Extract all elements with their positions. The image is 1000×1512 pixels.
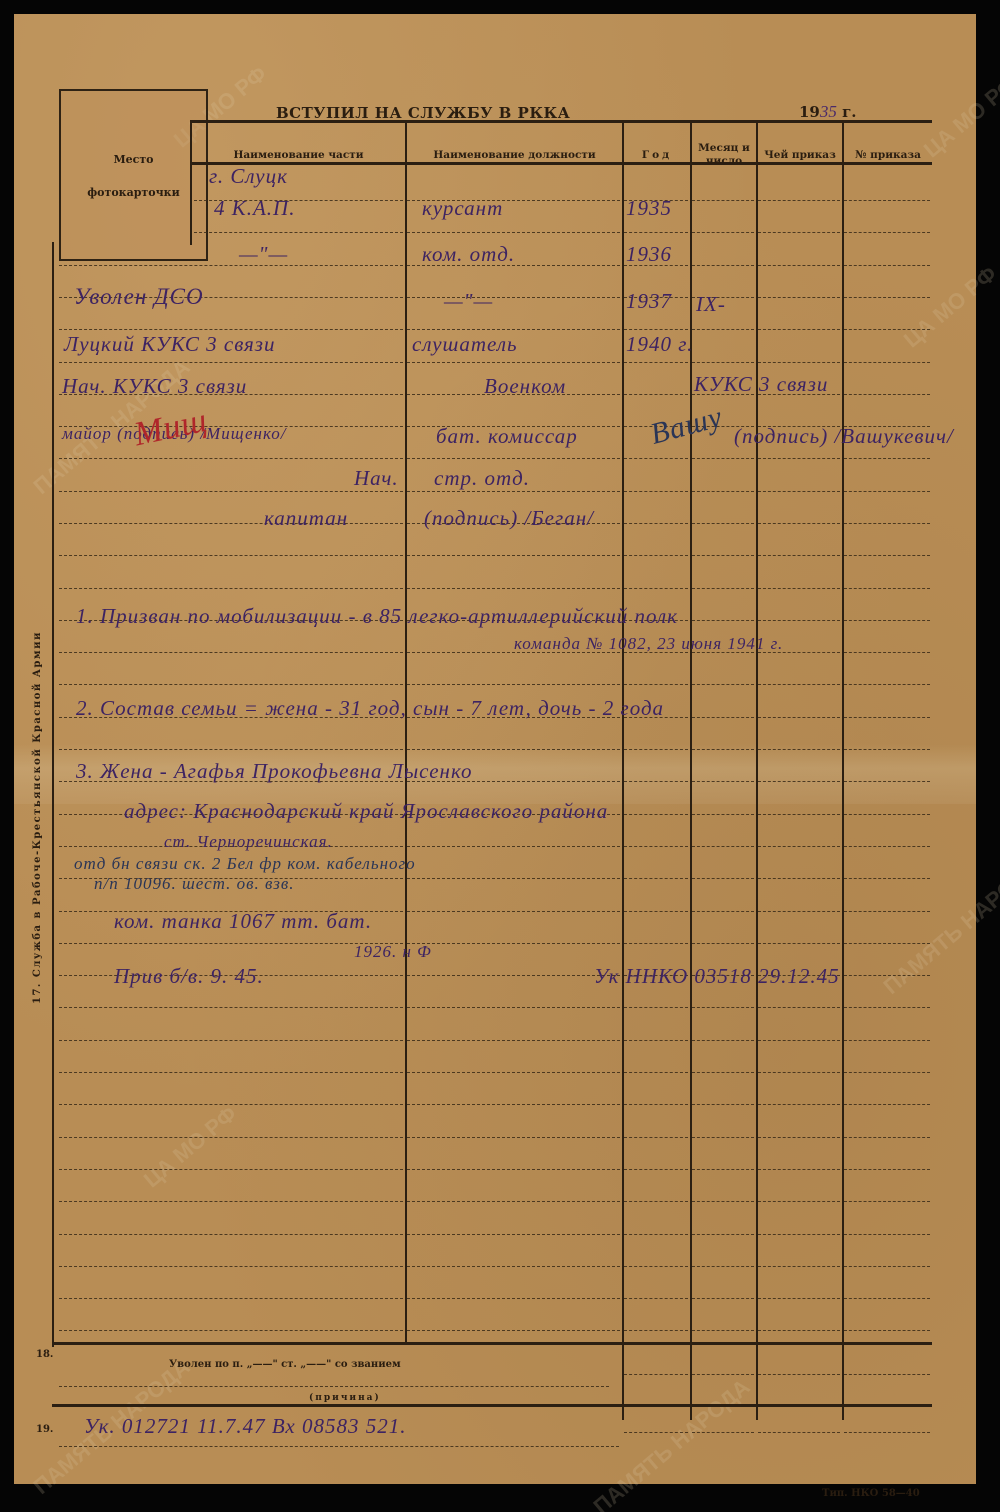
ruled-line — [844, 1201, 930, 1202]
ruled-line — [844, 200, 930, 201]
ruled-line — [407, 975, 620, 976]
entry-unit: 4 К.А.П. — [214, 196, 295, 221]
ruled-line — [624, 362, 688, 363]
ruled-line — [624, 1201, 688, 1202]
entry-position: курсант — [422, 196, 503, 221]
ruled-line — [758, 943, 840, 944]
ruled-line — [844, 717, 930, 718]
ruled-line — [692, 1234, 754, 1235]
ruled-line — [59, 588, 403, 589]
document-sheet: ЦА МО РФ ЦА МО РФ ЦА МО РФ ПАМЯТЬ НАРОДА… — [14, 14, 976, 1484]
ruled-line — [59, 1169, 403, 1170]
ruled-line — [758, 1104, 840, 1105]
ruled-line — [692, 1432, 754, 1433]
watermark: ЦА МО РФ — [139, 1101, 242, 1193]
table-top-border — [190, 120, 932, 123]
ruled-line — [844, 975, 930, 976]
ruled-line — [692, 684, 754, 685]
ruled-line — [758, 781, 840, 782]
note-line: 1926. н Ф — [354, 942, 432, 962]
ruled-line — [59, 1234, 403, 1235]
entry-position: (подпись) /Беган/ — [424, 506, 594, 531]
ruled-line — [624, 943, 688, 944]
ruled-line — [692, 232, 754, 233]
ruled-line — [844, 1072, 930, 1073]
ruled-line — [624, 1374, 688, 1375]
ruled-line — [844, 297, 930, 298]
ruled-line — [624, 1432, 688, 1433]
ruled-line — [59, 943, 403, 944]
ruled-line — [758, 846, 840, 847]
ruled-line — [758, 265, 840, 266]
ruled-line — [624, 1007, 688, 1008]
note-line: Ук ННКО 03518 29.12.45 — [594, 964, 840, 989]
ruled-line — [758, 684, 840, 685]
entry-year: 1937 — [626, 289, 672, 314]
ruled-line — [624, 1330, 688, 1331]
ruled-line — [59, 1072, 403, 1073]
ruled-line — [59, 1298, 403, 1299]
ruled-line — [59, 491, 403, 492]
ruled-line — [758, 1330, 840, 1331]
column-divider — [405, 120, 407, 1342]
section-divider — [52, 1404, 932, 1407]
ruled-line — [692, 1201, 754, 1202]
ruled-line — [407, 1330, 620, 1331]
note-line: ст. Черноречинская. — [164, 832, 333, 852]
ruled-line — [624, 1266, 688, 1267]
ruled-line — [624, 1104, 688, 1105]
watermark: ЦА МО РФ — [899, 261, 1000, 353]
entry-unit: капитан — [264, 506, 348, 531]
ruled-line — [844, 1137, 930, 1138]
ruled-line — [407, 297, 620, 298]
ruled-line — [407, 878, 620, 879]
ruled-line — [844, 878, 930, 879]
ruled-line — [59, 684, 403, 685]
ruled-line — [624, 684, 688, 685]
ruled-line — [692, 846, 754, 847]
ruled-line — [844, 911, 930, 912]
note-line: 3. Жена - Агафья Прокофьевна Лысенко — [76, 759, 472, 784]
ruled-line — [692, 458, 754, 459]
ruled-line — [624, 1298, 688, 1299]
ruled-line — [844, 1234, 930, 1235]
ruled-line — [844, 1040, 930, 1041]
ruled-line — [59, 1266, 403, 1267]
ruled-line — [624, 878, 688, 879]
ruled-line — [844, 523, 930, 524]
ruled-line — [59, 1330, 403, 1331]
ruled-line — [407, 491, 620, 492]
entry-year: 1935 — [626, 196, 672, 221]
ruled-line — [758, 232, 840, 233]
ruled-line — [844, 1432, 930, 1433]
ruled-line — [407, 555, 620, 556]
ruled-line — [758, 911, 840, 912]
signature-red: Мищ — [131, 402, 211, 455]
year-suffix: г. — [842, 103, 856, 121]
ruled-line — [59, 265, 403, 266]
ruled-line — [59, 749, 403, 750]
note-line: ком. танка 1067 тт. бат. — [114, 909, 372, 934]
ruled-line — [624, 911, 688, 912]
entry-position: бат. комиссар — [436, 424, 578, 449]
ruled-line — [758, 555, 840, 556]
column-divider — [842, 120, 844, 1420]
ruled-line — [692, 1374, 754, 1375]
ruled-line — [692, 1298, 754, 1299]
ruled-line — [624, 749, 688, 750]
ruled-line — [692, 1137, 754, 1138]
ruled-line — [624, 588, 688, 589]
entry-unit: Нач. — [354, 466, 399, 491]
entry-year: 1936 — [626, 242, 672, 267]
reason-line — [59, 1386, 609, 1387]
ruled-line — [758, 1432, 840, 1433]
ruled-line — [407, 329, 620, 330]
ruled-line — [844, 1266, 930, 1267]
ruled-line — [59, 652, 403, 653]
ruled-line — [624, 555, 688, 556]
ruled-line — [59, 1201, 403, 1202]
column-divider — [690, 120, 692, 1420]
table-left-border — [52, 242, 54, 1347]
ruled-line — [624, 491, 688, 492]
column-divider — [756, 120, 758, 1420]
entry-unit: —"— — [239, 242, 288, 267]
entry-order-by: (подпись) /Вашукевич/ — [734, 424, 954, 449]
ruled-line — [692, 1330, 754, 1331]
note-line: адрес: Краснодарский край Ярославского р… — [124, 799, 608, 824]
note-line: 2. Состав семьи = жена - 31 год, сын - 7… — [76, 696, 664, 721]
ruled-line — [692, 814, 754, 815]
ruled-line — [844, 458, 930, 459]
ruled-line — [692, 1104, 754, 1105]
ruled-line — [758, 1234, 840, 1235]
entry-position: стр. отд. — [434, 466, 530, 491]
ruled-line — [758, 1374, 840, 1375]
ruled-line — [407, 588, 620, 589]
ruled-line — [59, 1040, 403, 1041]
ruled-line — [692, 555, 754, 556]
ruled-line — [692, 200, 754, 201]
ruled-line — [407, 1040, 620, 1041]
ruled-line — [59, 362, 403, 363]
ruled-line — [844, 329, 930, 330]
ruled-line — [194, 232, 403, 233]
entry-unit: Нач. КУКС 3 связи — [62, 374, 247, 399]
entry-position: Военком — [484, 374, 566, 399]
note-line: отд бн связи ск. 2 Бел фр ком. кабельног… — [74, 854, 416, 874]
ruled-line — [758, 1201, 840, 1202]
ruled-line — [624, 394, 688, 395]
ruled-line — [692, 362, 754, 363]
entry-unit: Уволен ДСО — [74, 284, 204, 310]
watermark: ПАМЯТЬ НАРОДА — [879, 854, 1000, 1000]
ruled-line — [624, 458, 688, 459]
row-number-19: 19. — [36, 1424, 53, 1435]
column-header-order-no: № приказа — [844, 134, 932, 176]
note-line: Прив б/в. 9. 45. — [114, 964, 264, 989]
ruled-line — [624, 1040, 688, 1041]
ruled-line — [407, 1266, 620, 1267]
ruled-line — [624, 1169, 688, 1170]
ruled-line — [59, 555, 403, 556]
ruled-line — [758, 1137, 840, 1138]
ruled-line — [844, 362, 930, 363]
photo-label-line1: Место — [61, 153, 206, 166]
ruled-line — [407, 362, 620, 363]
ruled-line — [59, 523, 403, 524]
ruled-line — [844, 491, 930, 492]
ruled-line — [692, 265, 754, 266]
dismissal-text: Уволен по п. „——" ст. „——" со званием — [169, 1359, 401, 1370]
ruled-line — [758, 1040, 840, 1041]
ruled-line — [758, 1169, 840, 1170]
ruled-line — [407, 232, 620, 233]
ruled-line — [844, 652, 930, 653]
ruled-line — [758, 200, 840, 201]
ruled-line — [407, 1137, 620, 1138]
ruled-line — [692, 878, 754, 879]
ruled-line — [624, 846, 688, 847]
ruled-line — [407, 1169, 620, 1170]
ruled-line — [624, 814, 688, 815]
ruled-line — [692, 911, 754, 912]
ruled-line — [844, 1169, 930, 1170]
ruled-line — [624, 232, 688, 233]
ruled-line — [407, 1201, 620, 1202]
ruled-line — [692, 943, 754, 944]
ruled-line — [844, 265, 930, 266]
section-divider — [52, 1342, 932, 1345]
ruled-line — [59, 1007, 403, 1008]
ruled-line — [692, 717, 754, 718]
note-line: п/п 10096. шест. ов. взв. — [94, 874, 294, 894]
ruled-line — [692, 1266, 754, 1267]
column-header-position: Наименование должности — [407, 134, 622, 176]
ruled-line — [844, 555, 930, 556]
ruled-line — [758, 362, 840, 363]
year-handwritten: 35 — [820, 102, 837, 121]
ruled-line — [624, 781, 688, 782]
ruled-line — [59, 1137, 403, 1138]
ruled-line — [59, 458, 403, 459]
ruled-line — [758, 329, 840, 330]
ruled-line — [844, 846, 930, 847]
ruled-line — [692, 523, 754, 524]
print-code: Тип. НКО 58—40 — [822, 1488, 920, 1499]
ruled-line — [624, 1234, 688, 1235]
ruled-line — [624, 1137, 688, 1138]
column-header-order-by: Чей приказ — [758, 134, 842, 176]
entry-position: ком. отд. — [422, 242, 515, 267]
ruled-line — [59, 329, 403, 330]
ruled-line — [692, 1169, 754, 1170]
ruled-line — [624, 523, 688, 524]
ruled-line — [758, 1266, 840, 1267]
note-line: команда № 1082, 23 июня 1941 г. — [514, 634, 783, 654]
ruled-line — [844, 588, 930, 589]
entry-unit: Луцкий КУКС 3 связи — [64, 332, 276, 357]
ruled-line — [758, 1072, 840, 1073]
side-label: 17. Служба в Рабоче-Крестьянской Красной… — [32, 631, 43, 1004]
photo-label-line2: фотокарточки — [61, 186, 206, 199]
ruled-line — [692, 1007, 754, 1008]
ruled-line — [758, 814, 840, 815]
ruled-line — [407, 458, 620, 459]
entry-position: слушатель — [412, 332, 518, 357]
ruled-line — [407, 749, 620, 750]
entry-position: —"— — [444, 289, 493, 314]
ruled-line — [758, 717, 840, 718]
entry-unit: г. Слуцк — [209, 164, 288, 189]
title-year: 1935 г. — [799, 102, 857, 122]
ruled-line — [844, 781, 930, 782]
ruled-line — [407, 943, 620, 944]
column-header-month-day: Месяц и число — [692, 134, 756, 176]
ruled-line — [758, 1007, 840, 1008]
row19-handwritten: Ук. 012721 11.7.47 Вх 08583 521. — [84, 1414, 406, 1439]
ruled-line — [59, 1104, 403, 1105]
ruled-line — [844, 394, 930, 395]
ruled-line — [692, 781, 754, 782]
ruled-line — [758, 458, 840, 459]
ruled-line — [758, 297, 840, 298]
column-divider — [622, 120, 624, 1420]
ruled-line — [624, 1072, 688, 1073]
ruled-line — [407, 1298, 620, 1299]
column-header-year: Год — [624, 134, 690, 176]
photo-placeholder: Место фотокарточки — [59, 89, 208, 261]
entry-year: 1940 г. — [626, 332, 693, 357]
entry-month: IX- — [696, 292, 726, 317]
ruled-line — [407, 1234, 620, 1235]
ruled-line — [844, 620, 930, 621]
ruled-line — [844, 1330, 930, 1331]
ruled-line — [758, 878, 840, 879]
watermark: ПАМЯТЬ НАРОДА — [589, 1374, 756, 1512]
row19-line — [59, 1446, 619, 1447]
ruled-line — [844, 943, 930, 944]
ruled-line — [624, 329, 688, 330]
ruled-line — [692, 749, 754, 750]
ruled-line — [692, 1072, 754, 1073]
ruled-line — [844, 232, 930, 233]
reason-caption: (причина) — [309, 1393, 381, 1403]
ruled-line — [692, 491, 754, 492]
ruled-line — [692, 620, 754, 621]
ruled-line — [844, 684, 930, 685]
ruled-line — [407, 1072, 620, 1073]
ruled-line — [692, 1040, 754, 1041]
ruled-line — [844, 1007, 930, 1008]
ruled-line — [844, 1298, 930, 1299]
note-line: 1. Призван по мобилизации - в 85 легко-а… — [76, 604, 678, 629]
signature-blue: Вашу — [647, 400, 727, 452]
ruled-line — [844, 1104, 930, 1105]
ruled-line — [692, 329, 754, 330]
ruled-line — [758, 1298, 840, 1299]
ruled-line — [407, 846, 620, 847]
ruled-line — [407, 911, 620, 912]
year-prefix: 19 — [799, 103, 820, 121]
ruled-line — [758, 620, 840, 621]
ruled-line — [844, 1374, 930, 1375]
ruled-line — [407, 1007, 620, 1008]
ruled-line — [844, 814, 930, 815]
ruled-line — [758, 491, 840, 492]
ruled-line — [758, 749, 840, 750]
ruled-line — [758, 588, 840, 589]
ruled-line — [407, 684, 620, 685]
ruled-line — [692, 588, 754, 589]
ruled-line — [758, 523, 840, 524]
entry-order-by: КУКС 3 связи — [694, 372, 828, 397]
ruled-line — [844, 749, 930, 750]
row-number-18: 18. — [36, 1349, 53, 1360]
ruled-line — [407, 1104, 620, 1105]
